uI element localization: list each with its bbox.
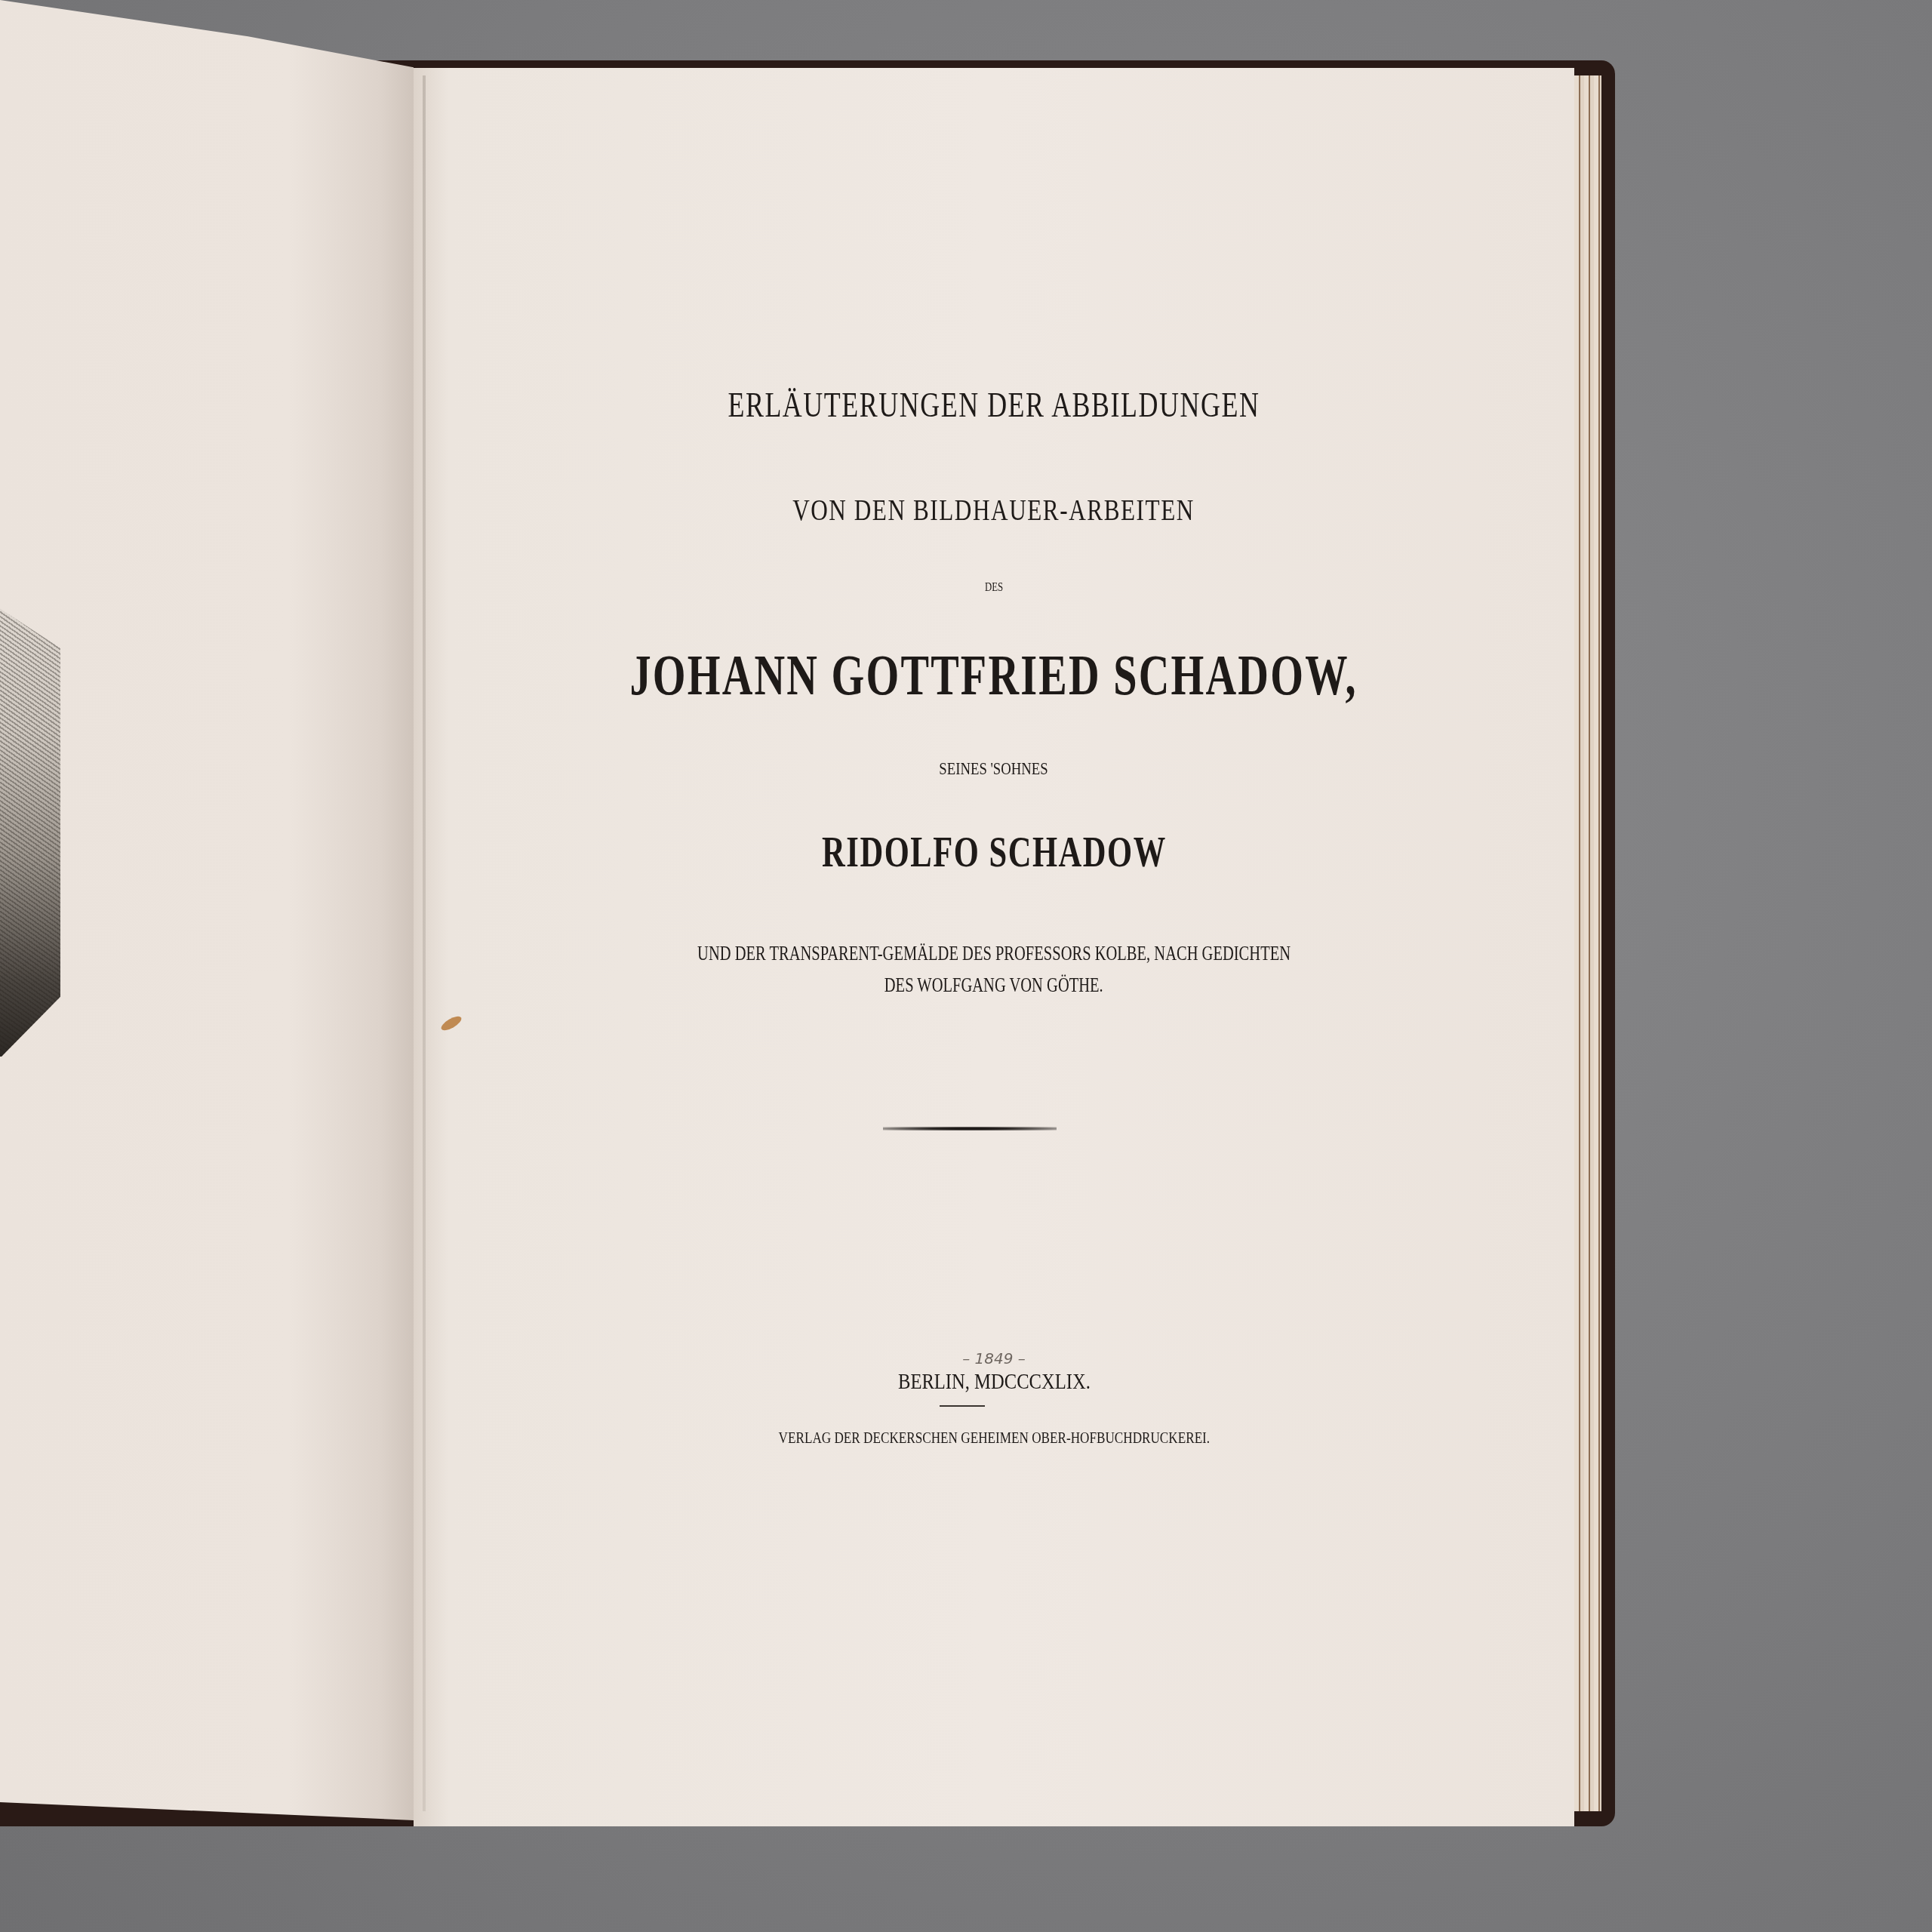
short-rule: [940, 1405, 985, 1407]
left-page: [0, 0, 414, 1820]
subtitle-line-2: DES WOLFGANG VON GÖTHE.: [414, 974, 1574, 997]
publisher-line: VERLAG DER DECKERSCHEN GEHEIMEN OBER-HOF…: [414, 1428, 1574, 1447]
page-edges: [1574, 75, 1601, 1811]
ornamental-rule: [883, 1127, 1057, 1131]
author-name: JOHANN GOTTFRIED SCHADOW,: [414, 643, 1574, 709]
imprint-place-date: BERLIN, MDCCCXLIX.: [414, 1369, 1574, 1395]
handwritten-year: – 1849 –: [414, 1349, 1574, 1367]
title-line-5: SEINES 'SOHNES: [414, 759, 1574, 780]
portrait-engraving: [0, 558, 60, 1057]
title-line-3: DES: [414, 581, 1574, 595]
son-name: RIDOLFO SCHADOW: [414, 829, 1574, 877]
subtitle-line-1: UND DER TRANSPARENT-GEMÄLDE DES PROFESSO…: [414, 942, 1574, 965]
title-line-1: ERLÄUTERUNGEN DER ABBILDUNGEN: [414, 385, 1574, 425]
title-line-2: VON DEN BILDHAUER-ARBEITEN: [414, 492, 1574, 528]
